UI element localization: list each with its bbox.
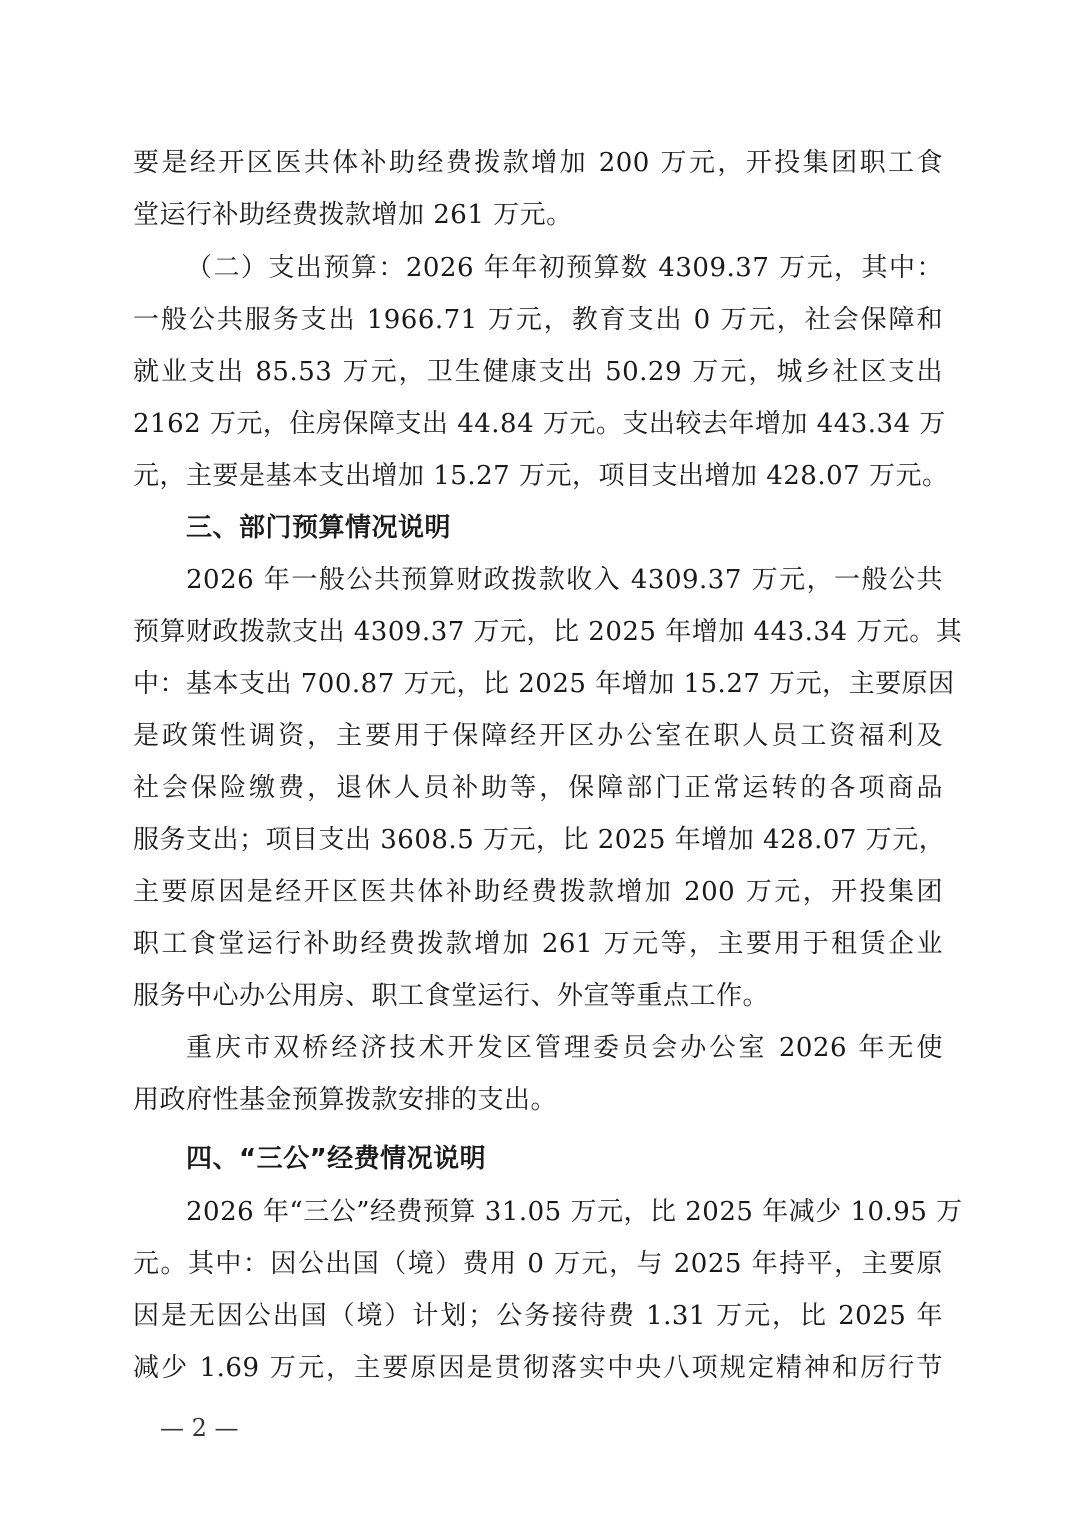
text-line: 是政策性调资，主要用于保障经开区办公室在职人员工资福利及	[133, 716, 943, 756]
text-line: 要是经开区医共体补助经费拨款增加 200 万元，开投集团职工食	[133, 143, 943, 183]
paragraph-department-budget: 2026 年一般公共预算财政拨款收入 4309.37 万元，一般公共	[186, 560, 943, 600]
text-line: 预算财政拨款支出 4309.37 万元，比 2025 年增加 443.34 万元…	[133, 612, 943, 652]
text-line: 主要原因是经开区医共体补助经费拨款增加 200 万元，开投集团	[133, 872, 943, 912]
text-line: 社会保险缴费，退休人员补助等，保障部门正常运转的各项商品	[133, 768, 943, 808]
text-line: 元。其中：因公出国（境）费用 0 万元，与 2025 年持平，主要原	[133, 1244, 943, 1284]
text-line: 元，主要是基本支出增加 15.27 万元，项目支出增加 428.07 万元。	[133, 456, 943, 496]
paragraph-three-public-expenses: 2026 年“三公”经费预算 31.05 万元，比 2025 年减少 10.95…	[186, 1192, 943, 1232]
text-line: 一般公共服务支出 1966.71 万元，教育支出 0 万元，社会保障和	[133, 300, 943, 340]
text-line: 用政府性基金预算拨款安排的支出。	[133, 1080, 943, 1120]
document-page: 要是经开区医共体补助经费拨款增加 200 万元，开投集团职工食 堂运行补助经费拨…	[0, 0, 1074, 1520]
section-heading-3: 三、部门预算情况说明	[186, 508, 943, 548]
paragraph-government-fund: 重庆市双桥经济技术开发区管理委员会办公室 2026 年无使	[186, 1028, 943, 1068]
text-line: 减少 1.69 万元，主要原因是贯彻落实中央八项规定精神和厉行节	[133, 1348, 943, 1388]
text-line: 就业支出 85.53 万元，卫生健康支出 50.29 万元，城乡社区支出	[133, 352, 943, 392]
text-line: 服务中心办公用房、职工食堂运行、外宣等重点工作。	[133, 976, 943, 1016]
text-line: 2162 万元，住房保障支出 44.84 万元。支出较去年增加 443.34 万	[133, 404, 943, 444]
text-line: 职工食堂运行补助经费拨款增加 261 万元等，主要用于租赁企业	[133, 924, 943, 964]
text-line: 中：基本支出 700.87 万元，比 2025 年增加 15.27 万元，主要原…	[133, 664, 943, 704]
text-line: 因是无因公出国（境）计划；公务接待费 1.31 万元，比 2025 年	[133, 1296, 943, 1336]
text-line: 服务支出；项目支出 3608.5 万元，比 2025 年增加 428.07 万元…	[133, 820, 943, 860]
section-heading-4: 四、“三公”经费情况说明	[186, 1139, 943, 1179]
page-number: — 2 —	[160, 1410, 239, 1446]
text-line: 堂运行补助经费拨款增加 261 万元。	[133, 195, 943, 235]
paragraph-expenditure-budget: （二）支出预算：2026 年年初预算数 4309.37 万元，其中：	[186, 248, 943, 288]
